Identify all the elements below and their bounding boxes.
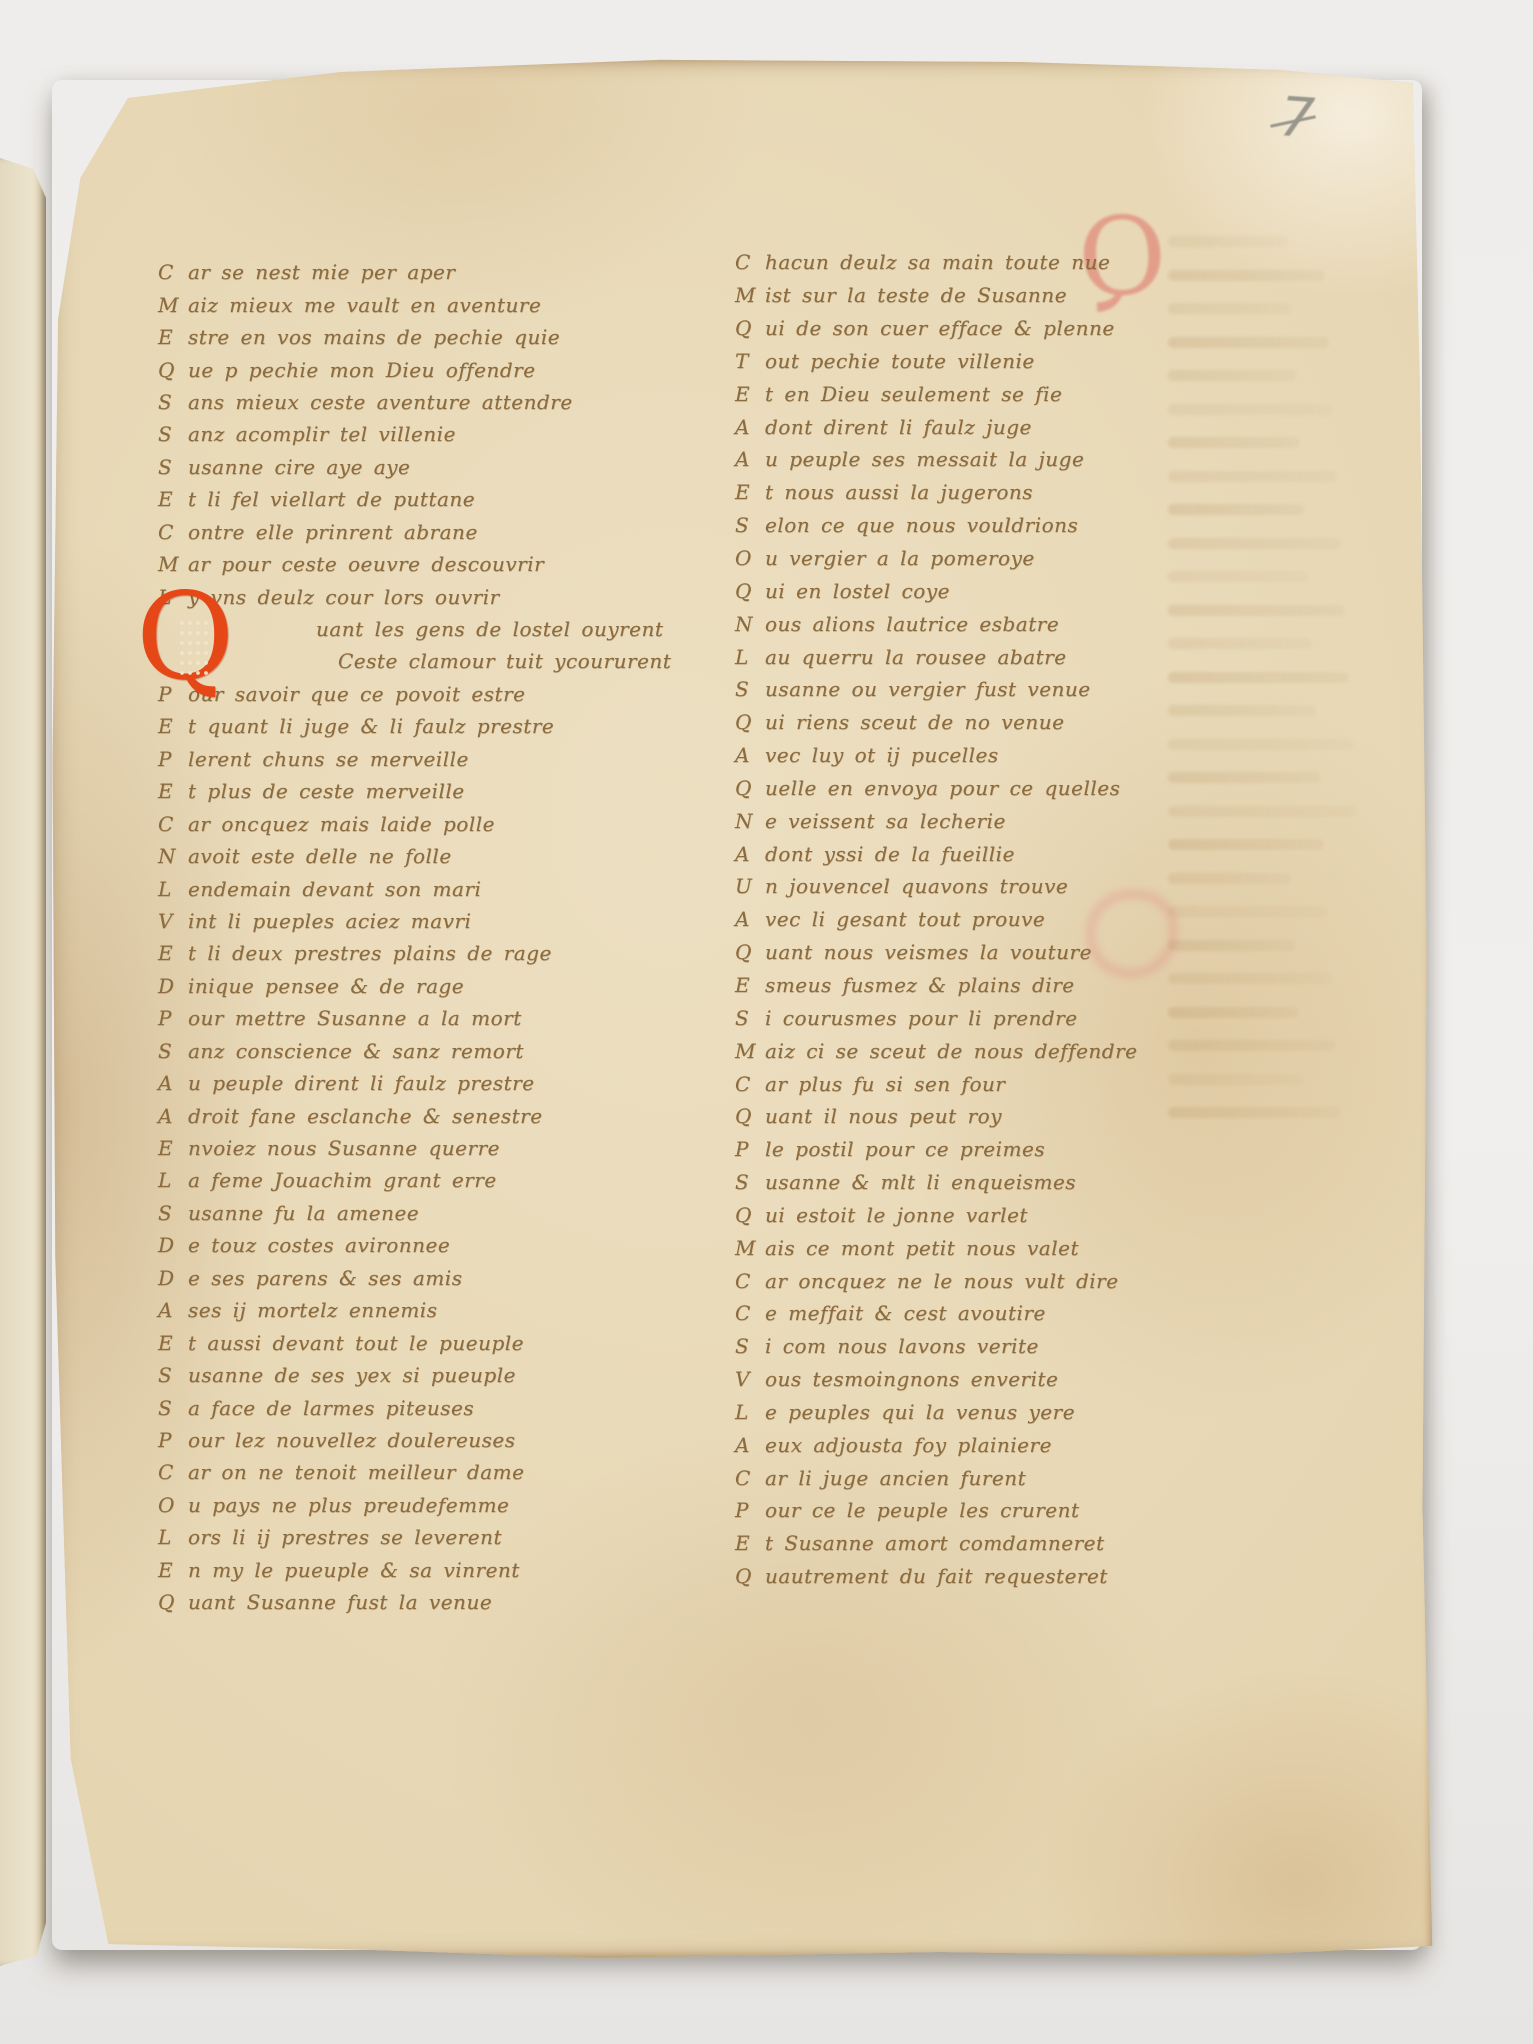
line-text: ar pour ceste oeuvre descouvrir [188, 552, 544, 576]
line-initial: C [735, 1072, 765, 1096]
line-initial: E [158, 487, 188, 511]
line-text: ar on ne tenoit meilleur dame [188, 1460, 524, 1484]
line-initial: D [158, 1233, 188, 1257]
verse-line: Susanne cire aye aye [158, 451, 658, 483]
line-text: a feme Jouachim grant erre [188, 1168, 497, 1192]
text-column-left: Car se nest mie per aperMaiz mieux me va… [158, 256, 658, 1618]
line-initial: S [735, 677, 765, 701]
folio-number: 7 [1268, 84, 1338, 164]
verse-line: Si com nous lavons verite [735, 1330, 1225, 1363]
line-initial: U [735, 874, 765, 898]
line-text: au querru la rousee abatre [765, 645, 1067, 669]
line-initial: N [158, 844, 188, 868]
verse-line: Car oncquez ne le nous vult dire [735, 1264, 1225, 1297]
line-text: uant Susanne fust la venue [188, 1590, 492, 1614]
line-text: our ce le peuple les crurent [765, 1498, 1080, 1522]
verse-line: Lendemain devant son mari [158, 872, 658, 904]
verse-line: De touz costes avironnee [158, 1229, 658, 1261]
line-text: usanne ou vergier fust venue [765, 677, 1091, 701]
line-initial: P [735, 1137, 765, 1161]
line-text: ar plus fu si sen four [765, 1072, 1005, 1096]
line-text: t li deux prestres plains de rage [188, 941, 552, 965]
line-text: aiz ci se sceut de nous deffendre [765, 1039, 1137, 1063]
verse-line: Un jouvencel quavons trouve [735, 870, 1225, 903]
line-text: inique pensee & de rage [188, 974, 464, 998]
verse-line: Pour ce le peuple les crurent [735, 1494, 1225, 1527]
verse-line: Estre en vos mains de pechie quie [158, 321, 658, 353]
line-text: u vergier a la pomeroye [765, 546, 1035, 570]
line-initial: M [735, 1039, 765, 1063]
verse-line: Lors li ij prestres se leverent [158, 1521, 658, 1553]
line-text: u peuple dirent li faulz prestre [188, 1071, 535, 1095]
line-text: u pays ne plus preudefemme [188, 1493, 509, 1517]
line-text: ui en lostel coye [765, 579, 950, 603]
verse-line: Susanne & mlt li enqueismes [735, 1166, 1225, 1199]
line-text: our lez nouvellez doulereuses [188, 1428, 516, 1452]
line-initial: V [735, 1367, 765, 1391]
line-text: a face de larmes piteuses [188, 1396, 474, 1420]
line-initial: M [735, 283, 765, 307]
verse-line: Que p pechie mon Dieu offendre [158, 353, 658, 385]
line-text: vec li gesant tout prouve [765, 907, 1045, 931]
line-text: usanne cire aye aye [188, 455, 410, 479]
line-initial: N [735, 809, 765, 833]
line-initial: S [158, 1201, 188, 1225]
line-text: usanne & mlt li enqueismes [765, 1170, 1076, 1194]
verse-line: Quant Susanne fust la venue [158, 1586, 658, 1618]
line-text: e meffait & cest avoutire [765, 1301, 1046, 1325]
line-text: t aussi devant tout le pueuple [188, 1331, 524, 1355]
line-initial: E [735, 480, 765, 504]
line-text: uautrement du fait requesteret [765, 1564, 1108, 1588]
line-initial: E [735, 973, 765, 997]
line-text: our mettre Susanne a la mort [188, 1006, 522, 1030]
verse-line: Nous alions lautrice esbatre [735, 607, 1225, 640]
line-text: endemain devant son mari [188, 877, 481, 901]
line-text: stre en vos mains de pechie quie [188, 325, 560, 349]
line-initial: Q [735, 579, 765, 603]
line-text: smeus fusmez & plains dire [765, 973, 1075, 997]
verse-line: Sans mieux ceste aventure attendre [158, 386, 658, 418]
line-text: u peuple ses messait la juge [765, 447, 1084, 471]
line-text: dont dirent li faulz juge [765, 415, 1032, 439]
text-column-right: Chacun deulz sa main toute nueMist sur l… [735, 246, 1225, 1593]
line-text: our savoir que ce povoit estre [188, 682, 525, 706]
line-text: anz conscience & sanz remort [188, 1039, 524, 1063]
verse-line: Au peuple dirent li faulz prestre [158, 1067, 658, 1099]
line-initial: E [158, 325, 188, 349]
line-text: ous alions lautrice esbatre [765, 612, 1059, 636]
line-text: ar se nest mie per aper [188, 260, 455, 284]
verse-line: Qui riens sceut de no venue [735, 706, 1225, 739]
verse-line: Et plus de ceste merveille [158, 775, 658, 807]
line-initial: S [158, 455, 188, 479]
line-initial: A [735, 743, 765, 767]
verse-line: Envoiez nous Susanne querre [158, 1132, 658, 1164]
line-initial: C [158, 260, 188, 284]
line-text: uant nous veismes la vouture [765, 940, 1092, 964]
verse-line: En my le pueuple & sa vinrent [158, 1554, 658, 1586]
verse-line: De ses parens & ses amis [158, 1262, 658, 1294]
verse-line: Susanne ou vergier fust venue [735, 673, 1225, 706]
verse-line: Mist sur la teste de Susanne [735, 279, 1225, 312]
verse-line: Aeux adjousta foy plainiere [735, 1428, 1225, 1461]
line-text: ors li ij prestres se leverent [188, 1525, 502, 1549]
line-initial: E [158, 1136, 188, 1160]
line-initial: V [158, 909, 188, 933]
verse-line: Adont dirent li faulz juge [735, 410, 1225, 443]
verse-line: Le peuples qui la venus yere [735, 1396, 1225, 1429]
verse-line: Et Susanne amort comdamneret [735, 1527, 1225, 1560]
verse-line: Sanz conscience & sanz remort [158, 1035, 658, 1067]
line-text: lerent chuns se merveille [188, 747, 469, 771]
verse-line: Vint li pueples aciez mavri [158, 905, 658, 937]
facing-page-edge [0, 158, 46, 1966]
line-text: ais ce mont petit nous valet [765, 1236, 1079, 1260]
line-initial: Q [735, 1564, 765, 1588]
line-text: anz acomplir tel villenie [188, 422, 456, 446]
line-text: uant il nous peut roy [765, 1104, 1002, 1128]
line-text: aiz mieux me vault en aventure [188, 293, 541, 317]
verse-line: Ce meffait & cest avoutire [735, 1297, 1225, 1330]
line-initial: S [158, 1363, 188, 1387]
line-initial: P [158, 1006, 188, 1030]
line-text: ses ij mortelz ennemis [188, 1298, 437, 1322]
line-text: n jouvencel quavons trouve [765, 874, 1068, 898]
line-initial: E [158, 714, 188, 738]
verse-line: Navoit este delle ne folle [158, 840, 658, 872]
line-initial: S [158, 1039, 188, 1063]
line-text: n my le pueuple & sa vinrent [188, 1558, 520, 1582]
line-initial: P [158, 747, 188, 771]
verse-line: Plerent chuns se merveille [158, 743, 658, 775]
line-initial: L [158, 877, 188, 901]
line-initial: D [158, 974, 188, 998]
verse-line: Qui de son cuer efface & plenne [735, 312, 1225, 345]
verse-line: Sa face de larmes piteuses [158, 1391, 658, 1423]
verse-line: Quautrement du fait requesteret [735, 1560, 1225, 1593]
line-text: e veissent sa lecherie [765, 809, 1006, 833]
line-initial: S [158, 422, 188, 446]
line-text: out pechie toute villenie [765, 349, 1035, 373]
line-initial: Q [735, 940, 765, 964]
verse-line: Ple postil pour ce preimes [735, 1133, 1225, 1166]
line-initial: Q [158, 358, 188, 382]
line-initial: S [735, 513, 765, 537]
line-initial: C [735, 1269, 765, 1293]
line-text: e ses parens & ses amis [188, 1266, 462, 1290]
line-text: i courusmes pour li prendre [765, 1006, 1078, 1030]
line-initial: D [158, 1266, 188, 1290]
line-text: ui de son cuer efface & plenne [765, 316, 1115, 340]
verse-line: Mais ce mont petit nous valet [735, 1231, 1225, 1264]
line-initial: S [158, 1396, 188, 1420]
verse-line: Avec li gesant tout prouve [735, 903, 1225, 936]
verse-line: Susanne fu la amenee [158, 1197, 658, 1229]
line-text: ist sur la teste de Susanne [765, 283, 1067, 307]
verse-line: Au peuple ses messait la juge [735, 443, 1225, 476]
line-initial: Q [735, 316, 765, 340]
line-initial: E [158, 941, 188, 965]
line-text: uelle en envoya pour ce quelles [765, 776, 1120, 800]
line-text: eux adjousta foy plainiere [765, 1433, 1052, 1457]
line-initial: A [158, 1298, 188, 1322]
line-text: i com nous lavons verite [765, 1334, 1039, 1358]
line-initial: A [735, 1433, 765, 1457]
line-initial: L [735, 1400, 765, 1424]
verse-line: Ou pays ne plus preudefemme [158, 1489, 658, 1521]
verse-line: Qui estoit le jonne varlet [735, 1198, 1225, 1231]
verse-line: Car oncquez mais laide polle [158, 807, 658, 839]
line-text: ar oncquez ne le nous vult dire [765, 1269, 1119, 1293]
line-initial: S [735, 1170, 765, 1194]
line-initial: T [735, 349, 765, 373]
line-text: avoit este delle ne folle [188, 844, 452, 868]
line-initial: S [158, 390, 188, 414]
verse-line: Avec luy ot ij pucelles [735, 739, 1225, 772]
verse-line: Car plus fu si sen four [735, 1067, 1225, 1100]
line-initial: A [735, 907, 765, 931]
line-initial: Q [735, 1203, 765, 1227]
line-initial: C [735, 250, 765, 274]
verse-line: Et li fel viellart de puttane [158, 483, 658, 515]
line-text: e peuples qui la venus yere [765, 1400, 1075, 1424]
verse-line: Vous tesmoingnons enverite [735, 1363, 1225, 1396]
line-text: ue p pechie mon Dieu offendre [188, 358, 536, 382]
line-initial: Q [735, 1104, 765, 1128]
line-initial: E [735, 1531, 765, 1555]
line-text: elon ce que nous vouldrions [765, 513, 1078, 537]
line-text: t li fel viellart de puttane [188, 487, 475, 511]
line-initial: C [735, 1466, 765, 1490]
manuscript-page: 7 Q Car se nest mie per aperMaiz mieux m… [40, 58, 1435, 1960]
illuminated-initial-decoration [178, 618, 212, 680]
verse-line: Si courusmes pour li prendre [735, 1001, 1225, 1034]
line-initial: C [158, 1460, 188, 1484]
line-text: ui riens sceut de no venue [765, 710, 1065, 734]
line-initial: Q [158, 1590, 188, 1614]
verse-line: Et nous aussi la jugerons [735, 476, 1225, 509]
verse-line: Car li juge ancien furent [735, 1461, 1225, 1494]
verse-line: La feme Jouachim grant erre [158, 1164, 658, 1196]
verse-line: Pour lez nouvellez doulereuses [158, 1424, 658, 1456]
line-initial: P [735, 1498, 765, 1522]
verse-line: Tout pechie toute villenie [735, 345, 1225, 378]
line-initial: M [735, 1236, 765, 1260]
verse-line: Selon ce que nous vouldrions [735, 509, 1225, 542]
verse-line: Adont yssi de la fueillie [735, 837, 1225, 870]
verse-line: Pour mettre Susanne a la mort [158, 1002, 658, 1034]
verse-line: Et en Dieu seulement se fie [735, 377, 1225, 410]
line-text: le postil pour ce preimes [765, 1137, 1045, 1161]
verse-line: Et li deux prestres plains de rage [158, 937, 658, 969]
line-text: t Susanne amort comdamneret [765, 1531, 1105, 1555]
line-initial: E [158, 1558, 188, 1582]
line-initial: Q [735, 710, 765, 734]
line-text: t plus de ceste merveille [188, 779, 465, 803]
line-text: ans mieux ceste aventure attendre [188, 390, 573, 414]
verse-line: Quant nous veismes la vouture [735, 936, 1225, 969]
line-initial: A [735, 447, 765, 471]
line-text: dont yssi de la fueillie [765, 842, 1015, 866]
line-initial: A [158, 1071, 188, 1095]
verse-line: Contre elle prinrent abrane [158, 516, 658, 548]
line-text: int li pueples aciez mavri [188, 909, 471, 933]
verse-line: Susanne de ses yex si pueuple [158, 1359, 658, 1391]
verse-line: Adroit fane esclanche & senestre [158, 1099, 658, 1131]
verse-line: Dinique pensee & de rage [158, 970, 658, 1002]
verse-line: Quant il nous peut roy [735, 1100, 1225, 1133]
verse-line: Car se nest mie per aper [158, 256, 658, 288]
line-text: droit fane esclanche & senestre [188, 1104, 543, 1128]
line-initial: A [735, 842, 765, 866]
line-initial: E [158, 1331, 188, 1355]
line-text: e touz costes avironnee [188, 1233, 450, 1257]
line-initial: P [158, 1428, 188, 1452]
verse-line: Ne veissent sa lecherie [735, 804, 1225, 837]
line-initial: O [735, 546, 765, 570]
line-text: usanne de ses yex si pueuple [188, 1363, 516, 1387]
line-initial: C [735, 1301, 765, 1325]
verse-line: Maiz mieux me vault en aventure [158, 288, 658, 320]
line-text: t nous aussi la jugerons [765, 480, 1033, 504]
verse-line: Car on ne tenoit meilleur dame [158, 1456, 658, 1488]
line-initial: A [158, 1104, 188, 1128]
manuscript-photo: 7 Q Car se nest mie per aperMaiz mieux m… [0, 0, 1533, 2044]
verse-line: Esmeus fusmez & plains dire [735, 969, 1225, 1002]
line-initial: S [735, 1006, 765, 1030]
line-initial: S [735, 1334, 765, 1358]
verse-line: Chacun deulz sa main toute nue [735, 246, 1225, 279]
line-text: vec luy ot ij pucelles [765, 743, 999, 767]
line-initial: M [158, 293, 188, 317]
verse-line: Quelle en envoya pour ce quelles [735, 772, 1225, 805]
verse-line: Et quant li juge & li faulz prestre [158, 710, 658, 742]
line-text: y vns deulz cour lors ouvrir [188, 585, 500, 609]
line-initial: L [158, 1525, 188, 1549]
line-initial: C [158, 520, 188, 544]
line-initial: E [158, 779, 188, 803]
line-text: Ceste clamour tuit ycoururent [338, 649, 671, 673]
line-initial: L [158, 1168, 188, 1192]
line-text: usanne fu la amenee [188, 1201, 419, 1225]
verse-line: Ou vergier a la pomeroye [735, 542, 1225, 575]
verse-line: Maiz ci se sceut de nous deffendre [735, 1034, 1225, 1067]
verse-line: Qui en lostel coye [735, 574, 1225, 607]
line-text: ui estoit le jonne varlet [765, 1203, 1028, 1227]
line-text: ar li juge ancien furent [765, 1466, 1026, 1490]
line-text: ontre elle prinrent abrane [188, 520, 478, 544]
line-text: hacun deulz sa main toute nue [765, 250, 1110, 274]
line-initial: A [735, 415, 765, 439]
line-initial: N [735, 612, 765, 636]
verse-line: Lau querru la rousee abatre [735, 640, 1225, 673]
line-text: ar oncquez mais laide polle [188, 812, 495, 836]
line-text: nvoiez nous Susanne querre [188, 1136, 500, 1160]
line-text: ous tesmoingnons enverite [765, 1367, 1058, 1391]
line-text: uant les gens de lostel ouyrent [316, 617, 663, 641]
line-text: t quant li juge & li faulz prestre [188, 714, 554, 738]
verse-line: Sanz acomplir tel villenie [158, 418, 658, 450]
verse-line: Ases ij mortelz ennemis [158, 1294, 658, 1326]
line-initial: L [735, 645, 765, 669]
line-initial: C [158, 812, 188, 836]
line-text: t en Dieu seulement se fie [765, 382, 1062, 406]
line-initial: O [158, 1493, 188, 1517]
line-initial: Q [735, 776, 765, 800]
verse-line: Et aussi devant tout le pueuple [158, 1326, 658, 1358]
line-initial: E [735, 382, 765, 406]
